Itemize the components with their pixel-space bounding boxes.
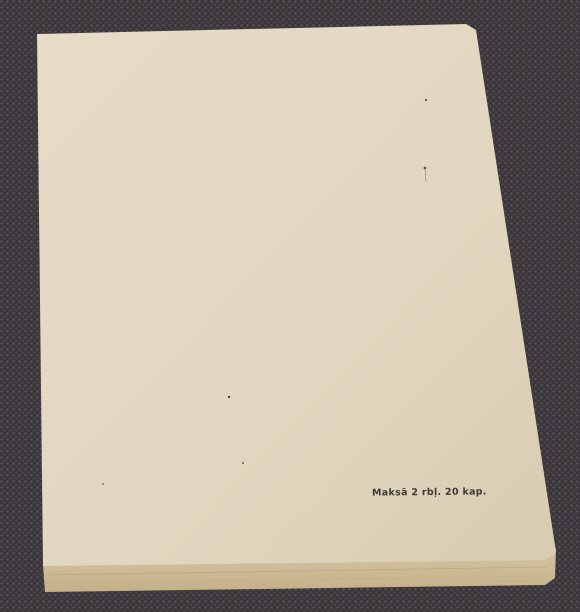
speck [228,396,230,398]
photo-scene: Maksā 2 rbļ. 20 kap. [0,0,580,612]
book-back-cover [37,24,556,566]
speck [242,462,244,464]
price-label: Maksā 2 rbļ. 20 kap. [372,486,487,498]
speck [425,99,427,101]
book-illustration [0,0,580,612]
speck [102,483,104,485]
